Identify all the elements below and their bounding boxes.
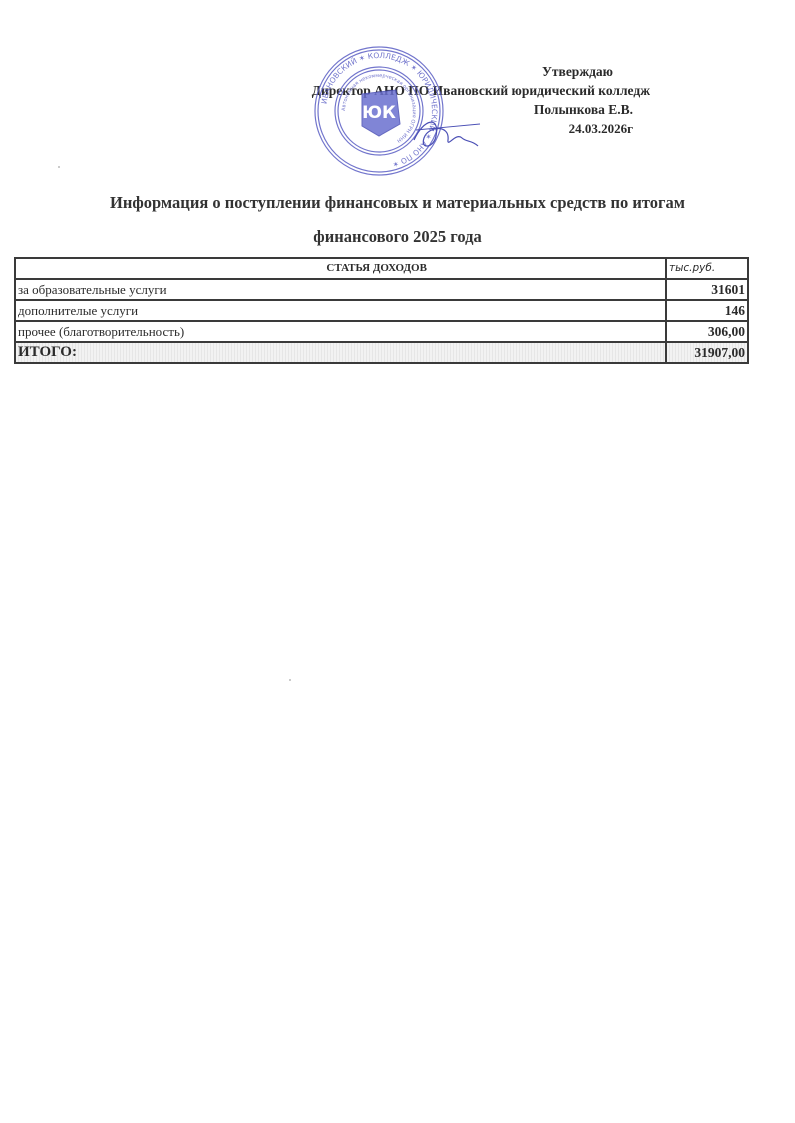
- row-value: 31601: [666, 279, 748, 300]
- approval-block: Утверждаю Директор АНО ПО Ивановский юри…: [312, 62, 633, 138]
- total-value: 31907,00: [666, 342, 748, 363]
- row-label: за образовательные услуги: [15, 279, 666, 300]
- scan-speck: [58, 166, 60, 168]
- row-label: прочее (благотворительность): [15, 321, 666, 342]
- row-value: 146: [666, 300, 748, 321]
- total-label: ИТОГО:: [15, 342, 666, 363]
- scan-speck: [289, 679, 291, 681]
- table-row: прочее (благотворительность) 306,00: [15, 321, 748, 342]
- total-row: ИТОГО: 31907,00: [15, 342, 748, 363]
- table-row: дополнителые услуги 146: [15, 300, 748, 321]
- title-line-1: Информация о поступлении финансовых и ма…: [0, 186, 795, 220]
- income-table: СТАТЬЯ ДОХОДОВ тыс.руб. за образовательн…: [14, 257, 749, 364]
- director-name: Полынкова Е.В.: [312, 100, 633, 119]
- title-line-2: финансового 2025 года: [0, 220, 795, 254]
- document-title: Информация о поступлении финансовых и ма…: [0, 186, 795, 254]
- table-header-row: СТАТЬЯ ДОХОДОВ тыс.руб.: [15, 258, 748, 279]
- header-income-item: СТАТЬЯ ДОХОДОВ: [15, 258, 666, 279]
- header-unit: тыс.руб.: [666, 258, 748, 279]
- approve-word: Утверждаю: [312, 62, 633, 81]
- director-line: Директор АНО ПО Ивановский юридический к…: [312, 81, 650, 100]
- row-value: 306,00: [666, 321, 748, 342]
- table-row: за образовательные услуги 31601: [15, 279, 748, 300]
- row-label: дополнителые услуги: [15, 300, 666, 321]
- approval-date: 24.03.2026г: [312, 119, 633, 138]
